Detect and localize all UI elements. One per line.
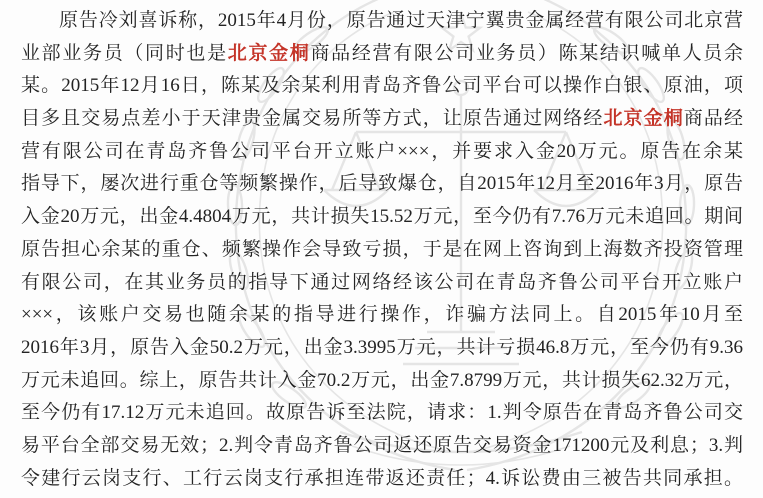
text-line: 入金20万元，出金4.4804万元，共计损失15.52万元，至今仍有7.76万元… — [21, 201, 743, 234]
text-line: 令建行云岗支行、工行云岗支行承担连带返还责任；4.诉讼费由三被告共同承担。 — [21, 463, 743, 496]
text-run: 原告担心余某的重仓、频繁操作会导致亏损，于是在网上咨询到上海数齐投资管理 — [21, 239, 743, 260]
text-line: 指导下，屡次进行重仓等频繁操作，后导致爆仓，自2015年12月至2016年3月，… — [21, 168, 743, 201]
text-line: 某。2015年12月16日，陈某及余某利用青岛齐鲁公司平台可以操作白银、原油，项 — [21, 70, 743, 103]
text-run: 营有限公司在青岛齐鲁公司平台开立账户×××，并要求入金20万元。原告在余某 — [21, 141, 743, 162]
text-line: 营有限公司在青岛齐鲁公司平台开立账户×××，并要求入金20万元。原告在余某 — [21, 136, 743, 169]
document-body: 原告冷刘喜诉称，2015年4月份，原告通过天津宁翼贵金属经营有限公司北京营业部业… — [21, 5, 743, 495]
text-run: 商品经营有限公司业务员）陈某结识喊单人员余 — [310, 43, 743, 64]
text-run: 2016年3月，原告入金50.2万元，出金3.3995万元，共计亏损46.8万元… — [21, 337, 743, 358]
text-line: 原告担心余某的重仓、频繁操作会导致亏损，于是在网上咨询到上海数齐投资管理 — [21, 234, 743, 267]
text-run: 目多且交易点差小于天津贵金属交易所等方式，让原告通过网络经 — [21, 108, 603, 129]
text-run: 入金20万元，出金4.4804万元，共计损失15.52万元，至今仍有7.76万元… — [21, 206, 743, 227]
text-line: 至今仍有17.12万元未追回。故原告诉至法院，请求：1.判令原告在青岛齐鲁公司交 — [21, 397, 743, 430]
document-page: 原告冷刘喜诉称，2015年4月份，原告通过天津宁翼贵金属经营有限公司北京营业部业… — [0, 0, 763, 498]
text-line: 2016年3月，原告入金50.2万元，出金3.3995万元，共计亏损46.8万元… — [21, 332, 743, 365]
company-name-highlight: 北京金桐 — [228, 43, 311, 64]
text-run: 至今仍有17.12万元未追回。故原告诉至法院，请求：1.判令原告在青岛齐鲁公司交 — [21, 402, 743, 423]
text-run: 某。2015年12月16日，陈某及余某利用青岛齐鲁公司平台可以操作白银、原油，项 — [21, 75, 743, 96]
text-line: 有限公司，在其业务员的指导下通过网络经该公司在青岛齐鲁公司平台开立账户 — [21, 267, 743, 300]
text-line: ×××，该账户交易也随余某的指导进行操作，诈骗方法同上。自2015年10月至 — [21, 299, 743, 332]
text-run: 业部业务员（同时也是 — [21, 43, 228, 64]
text-run: 有限公司，在其业务员的指导下通过网络经该公司在青岛齐鲁公司平台开立账户 — [21, 272, 743, 293]
text-line: 目多且交易点差小于天津贵金属交易所等方式，让原告通过网络经北京金桐商品经 — [21, 103, 743, 136]
text-run: ×××，该账户交易也随余某的指导进行操作，诈骗方法同上。自2015年10月至 — [21, 304, 743, 325]
text-run: 令建行云岗支行、工行云岗支行承担连带返还责任；4.诉讼费由三被告共同承担。 — [21, 468, 743, 489]
text-run: 易平台全部交易无效；2.判令青岛齐鲁公司返还原告交易资金171200元及利息；3… — [21, 435, 743, 456]
text-run: 原告冷刘喜诉称，2015年4月份，原告通过天津宁翼贵金属经营有限公司北京营 — [59, 10, 743, 31]
company-name-highlight: 北京金桐 — [603, 108, 683, 129]
text-run: 指导下，屡次进行重仓等频繁操作，后导致爆仓，自2015年12月至2016年3月，… — [21, 173, 743, 194]
text-line: 业部业务员（同时也是北京金桐商品经营有限公司业务员）陈某结识喊单人员余 — [21, 38, 743, 71]
text-line: 原告冷刘喜诉称，2015年4月份，原告通过天津宁翼贵金属经营有限公司北京营 — [21, 5, 743, 38]
text-run: 万元未追回。综上，原告共计入金70.2万元，出金7.8799万元，共计损失62.… — [21, 370, 743, 391]
text-line: 万元未追回。综上，原告共计入金70.2万元，出金7.8799万元，共计损失62.… — [21, 365, 743, 398]
text-line: 易平台全部交易无效；2.判令青岛齐鲁公司返还原告交易资金171200元及利息；3… — [21, 430, 743, 463]
text-run: 商品经 — [684, 108, 743, 129]
